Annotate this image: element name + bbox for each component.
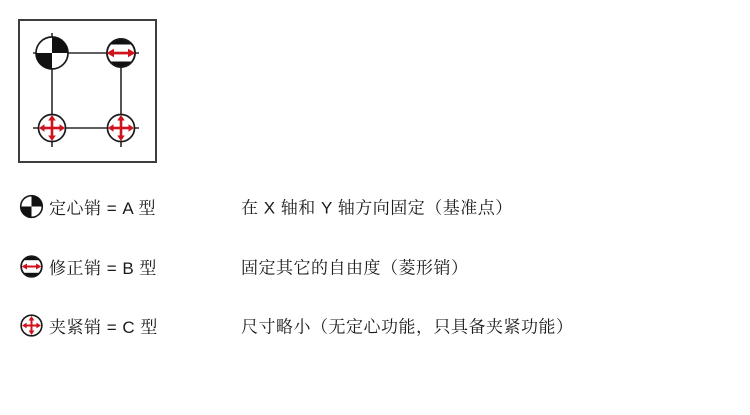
- legend-label: 夹紧销 = C 型: [49, 313, 158, 338]
- pin-layout-diagram: [0, 0, 180, 175]
- clamp-pin-icon: [39, 115, 66, 142]
- legend-row: 修正销 = B 型 固定其它的自由度（菱形销）: [16, 251, 736, 281]
- legend-description: 在 X 轴和 Y 轴方向固定（基准点）: [241, 194, 513, 219]
- diagram-frame: [19, 20, 156, 162]
- datum-pin-icon: [36, 37, 68, 69]
- datum-pin-icon: [16, 191, 46, 221]
- clamp-pin-icon: [16, 310, 46, 340]
- page: 定心销 = A 型 在 X 轴和 Y 轴方向固定（基准点） 修正销 = B 型: [0, 0, 750, 415]
- legend-row: 夹紧销 = C 型 尺寸略小（无定心功能，只具备夹紧功能）: [16, 310, 736, 340]
- legend-label: 定心销 = A 型: [49, 194, 156, 219]
- legend-row: 定心销 = A 型 在 X 轴和 Y 轴方向固定（基准点）: [16, 191, 736, 221]
- legend-description: 固定其它的自由度（菱形销）: [241, 254, 469, 279]
- correction-pin-icon: [16, 251, 46, 281]
- legend-label: 修正销 = B 型: [49, 254, 157, 279]
- legend-description: 尺寸略小（无定心功能，只具备夹紧功能）: [241, 313, 574, 338]
- clamp-pin-icon: [108, 115, 135, 142]
